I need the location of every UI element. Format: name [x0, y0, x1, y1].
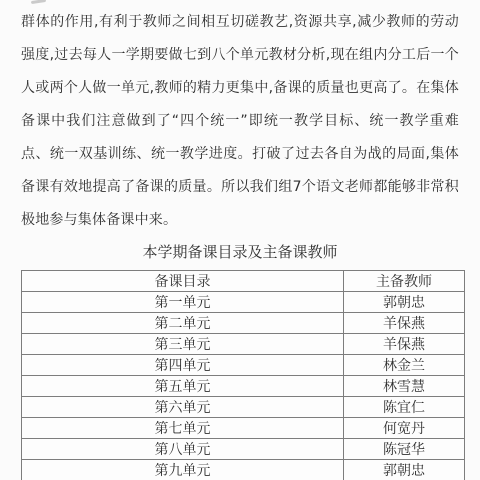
- table-row: 第四单元 林金兰: [22, 355, 465, 376]
- table-row: 第九单元 郭朝忠: [22, 460, 465, 480]
- table-row: 第五单元 林雪慧: [22, 376, 465, 397]
- teacher-cell: 何宽丹: [344, 418, 465, 439]
- table-row: 第二单元 羊保燕: [22, 313, 465, 334]
- teacher-cell: 羊保燕: [344, 313, 465, 334]
- paragraph-line: 强度,过去每人一学期要做七到八个单元教材分析,现在组内分工后一个: [21, 39, 459, 72]
- column-header-directory: 备课目录: [22, 271, 344, 292]
- unit-cell: 第一单元: [22, 292, 344, 313]
- table-row: 第一单元 郭朝忠: [22, 292, 465, 313]
- table-row: 第七单元 何宽丹: [22, 418, 465, 439]
- unit-cell: 第三单元: [22, 334, 344, 355]
- table-header-row: 备课目录 主备教师: [22, 271, 465, 292]
- teacher-cell: 林金兰: [344, 355, 465, 376]
- paragraph-line: 极地参与集体备课中来。: [21, 204, 459, 237]
- teacher-cell: 羊保燕: [344, 334, 465, 355]
- paragraph-line: 点、统一双基训练、统一教学进度。打破了过去各自为战的局面,集体: [21, 138, 459, 171]
- table-row: 第三单元 羊保燕: [22, 334, 465, 355]
- paragraph-line: 备课有效地提高了备课的质量。所以我们组7个语文老师都能够非常积: [21, 171, 459, 204]
- unit-cell: 第七单元: [22, 418, 344, 439]
- column-header-teacher: 主备教师: [344, 271, 465, 292]
- table-row: 第八单元 陈冠华: [22, 439, 465, 460]
- teacher-cell: 陈宜仁: [344, 397, 465, 418]
- unit-cell: 第四单元: [22, 355, 344, 376]
- unit-cell: 第八单元: [22, 439, 344, 460]
- teacher-cell: 陈冠华: [344, 439, 465, 460]
- teacher-cell: 林雪慧: [344, 376, 465, 397]
- unit-cell: 第五单元: [22, 376, 344, 397]
- paragraph-line: 群体的作用,有利于教师之间相互切磋教艺,资源共享,减少教师的劳动: [21, 6, 459, 39]
- unit-cell: 第二单元: [22, 313, 344, 334]
- teacher-cell: 郭朝忠: [344, 460, 465, 480]
- teacher-cell: 郭朝忠: [344, 292, 465, 313]
- unit-cell: 第九单元: [22, 460, 344, 480]
- table-caption: 本学期备课目录及主备课教师: [21, 236, 459, 268]
- body-paragraph: 群体的作用,有利于教师之间相互切磋教艺,资源共享,减少教师的劳动 强度,过去每人…: [21, 6, 459, 237]
- lesson-prep-table: 备课目录 主备教师 第一单元 郭朝忠 第二单元 羊保燕 第三单元 羊保燕 第四单…: [21, 270, 465, 480]
- unit-cell: 第六单元: [22, 397, 344, 418]
- document-page: 群体的作用,有利于教师之间相互切磋教艺,资源共享,减少教师的劳动 强度,过去每人…: [0, 0, 480, 480]
- stray-ink-artifact: [31, 0, 46, 4]
- paragraph-line: 备课中我们注意做到了“四个统一”即统一教学目标、统一教学重难: [21, 105, 459, 138]
- table-row: 第六单元 陈宜仁: [22, 397, 465, 418]
- paragraph-line: 人或两个人做一单元,教师的精力更集中,备课的质量也更高了。在集体: [21, 72, 459, 105]
